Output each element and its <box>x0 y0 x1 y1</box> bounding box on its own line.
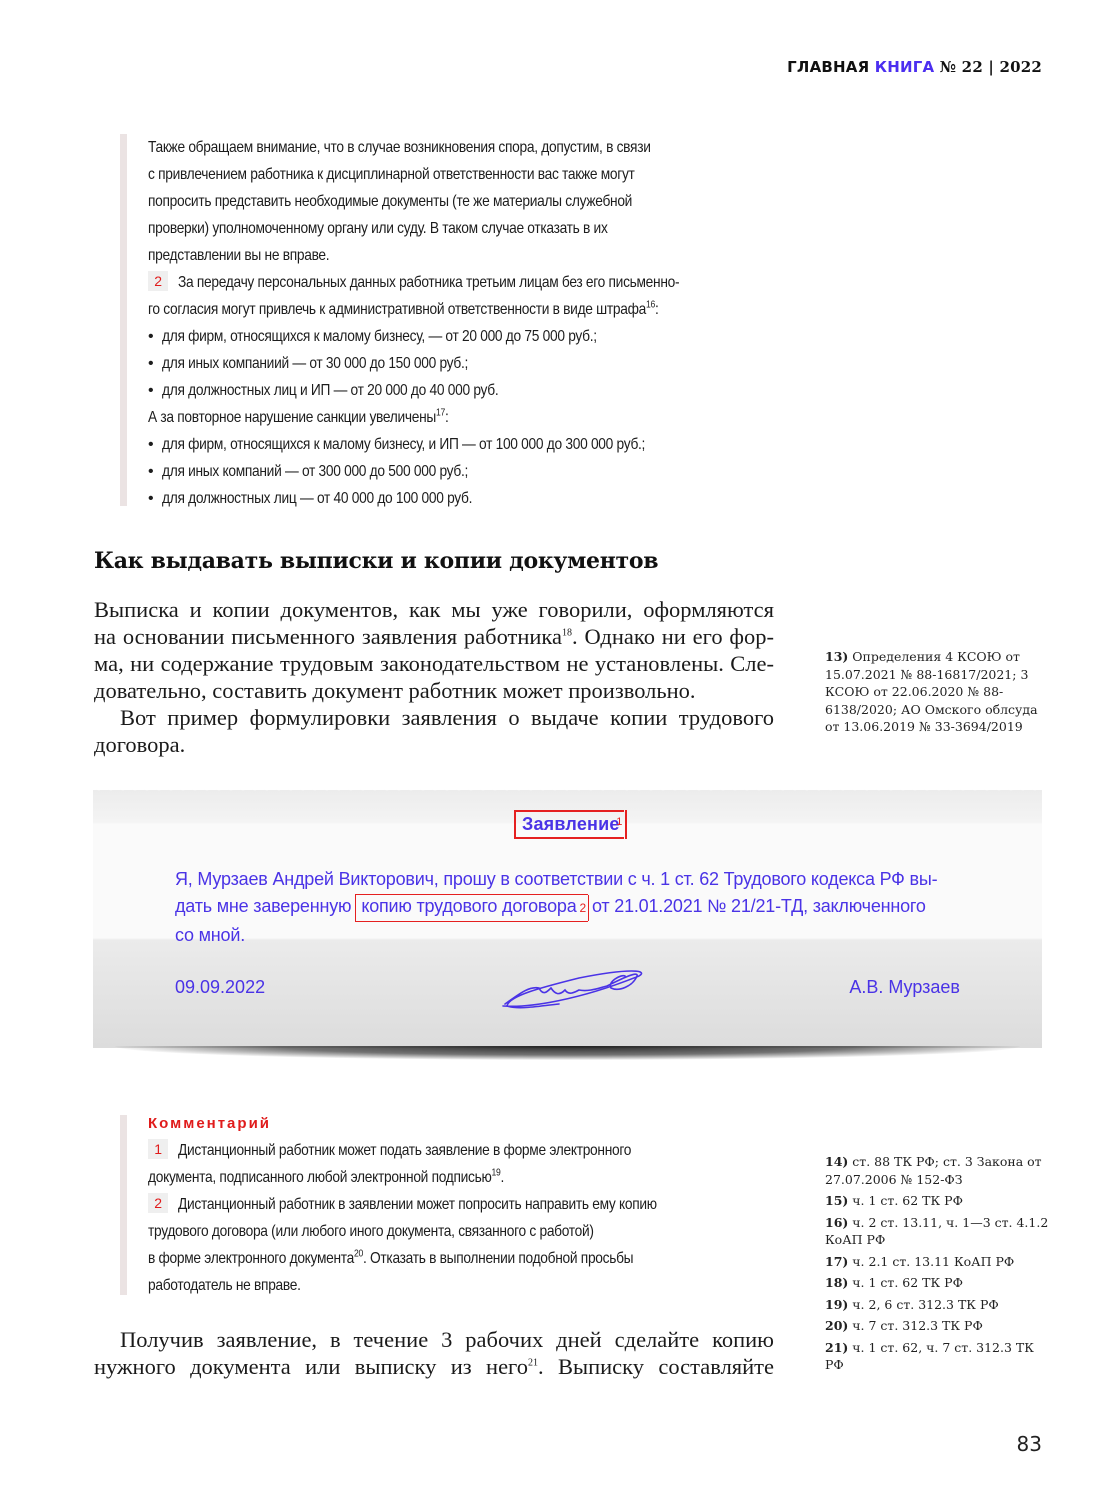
footnote-ref[interactable]: 20 <box>354 1249 363 1260</box>
page-number: 83 <box>1017 1432 1042 1456</box>
footnotes-top: 13) Определения 4 КСОЮ от 15.07.2021 № 8… <box>825 648 1055 740</box>
form-shadow <box>115 1046 1020 1060</box>
number-badge: 1 <box>148 1139 168 1159</box>
footnote: 13) Определения 4 КСОЮ от 15.07.2021 № 8… <box>825 648 1055 736</box>
note-line: попросить представить необходимые докуме… <box>148 188 780 215</box>
note-line: в форме электронного документа20. Отказа… <box>148 1245 780 1272</box>
text-line: ма, ни содержание трудовым законодательс… <box>94 650 774 677</box>
application-form-sample: Заявление 1 Я, Мурзаев Андрей Викторович… <box>93 790 1042 1048</box>
footnote: 18) ч. 1 ст. 62 ТК РФ <box>825 1274 1055 1292</box>
footnote-ref[interactable]: 21 <box>528 1358 538 1369</box>
number-badge: 2 <box>148 1193 168 1213</box>
section-heading: Как выдавать выписки и копии документов <box>94 548 658 574</box>
comment-title: Комментарий <box>148 1115 780 1133</box>
footnote: 16) ч. 2 ст. 13.11, ч. 1—3 ст. 4.1.2 КоА… <box>825 1214 1055 1249</box>
annotation-mark: 2 <box>580 895 589 921</box>
comment-item-1: 1Дистанционный работник может подать зая… <box>148 1137 780 1164</box>
list-item: для должностных лиц — от 40 000 до 100 0… <box>148 485 780 512</box>
annotation-mark: 1 <box>621 810 627 839</box>
footnote-ref[interactable]: 16 <box>646 300 655 311</box>
footnote-ref[interactable]: 17 <box>436 408 445 419</box>
comment-block: Комментарий 1Дистанционный работник може… <box>120 1115 780 1295</box>
text-line: довательно, составить документ работник … <box>94 677 774 704</box>
comment-item-2: 2Дистанционный работник в заявлении може… <box>148 1191 780 1218</box>
footnote-ref[interactable]: 19 <box>492 1168 501 1179</box>
footnote: 15) ч. 1 ст. 62 ТК РФ <box>825 1192 1055 1210</box>
list-item: для должностных лиц и ИП — от 20 000 до … <box>148 377 780 404</box>
number-badge: 2 <box>148 271 168 291</box>
note-line: работодатель не вправе. <box>148 1272 780 1299</box>
note-line: документа, подписанного любой электронно… <box>148 1164 780 1191</box>
annotated-phrase: копию трудового договора2 <box>355 894 588 922</box>
note-line: представлении вы не вправе. <box>148 242 780 269</box>
note-line: го согласия могут привлечь к администрат… <box>148 296 780 323</box>
list-item: для фирм, относящихся к малому бизнесу, … <box>148 323 780 350</box>
list-item: для иных компаниий — от 30 000 до 150 00… <box>148 350 780 377</box>
form-title: Заявление 1 <box>514 810 624 839</box>
note-line: трудового договора (или любого иного док… <box>148 1218 780 1245</box>
note-line: Также обращаем внимание, что в случае во… <box>148 134 780 161</box>
form-line: со мной. <box>175 922 975 949</box>
footnote: 20) ч. 7 ст. 312.3 ТК РФ <box>825 1317 1055 1335</box>
text-line: нужного документа или выписку из него21.… <box>94 1353 774 1380</box>
note-line: проверки) уполномоченному органу или суд… <box>148 215 780 242</box>
footnotes-bottom: 14) ст. 88 ТК РФ; ст. 3 Закона от 27.07.… <box>825 1153 1055 1378</box>
footnote: 17) ч. 2.1 ст. 13.11 КоАП РФ <box>825 1253 1055 1271</box>
footnote: 21) ч. 1 ст. 62, ч. 7 ст. 312.3 ТК РФ <box>825 1339 1055 1374</box>
note-line: с привлечением работника к дисциплинарно… <box>148 161 780 188</box>
text-line: на основании письменного заявления работ… <box>94 623 774 650</box>
form-line: дать мне завереннуюкопию трудового догов… <box>175 893 975 922</box>
masthead: ГЛАВНАЯ КНИГА № 22 | 2022 <box>787 58 1042 76</box>
brand-name: ГЛАВНАЯ <box>787 58 869 76</box>
signature-icon <box>499 966 649 1012</box>
footnote-ref[interactable]: 18 <box>562 628 572 639</box>
text-line: Получив заявление, в течение 3 рабочих д… <box>94 1326 774 1353</box>
text-line: договора. <box>94 731 774 758</box>
footnote: 19) ч. 2, 6 ст. 312.3 ТК РФ <box>825 1296 1055 1314</box>
list-item: для фирм, относящихся к малому бизнесу, … <box>148 431 780 458</box>
footnote: 14) ст. 88 ТК РФ; ст. 3 Закона от 27.07.… <box>825 1153 1055 1188</box>
form-signer: А.В. Мурзаев <box>849 977 960 998</box>
form-date: 09.09.2022 <box>175 977 265 998</box>
note-line: А за повторное нарушение санкции увеличе… <box>148 404 780 431</box>
text-line: Вот пример формулировки заявления о выда… <box>94 704 774 731</box>
body-text: Получив заявление, в течение 3 рабочих д… <box>94 1326 774 1380</box>
issue-number: № 22 | 2022 <box>940 58 1042 76</box>
text-line: Выписка и копии документов, как мы уже г… <box>94 596 774 623</box>
brand-name-accent: КНИГА <box>875 58 935 76</box>
form-line: Я, Мурзаев Андрей Викторович, прошу в со… <box>175 866 975 893</box>
form-body: Я, Мурзаев Андрей Викторович, прошу в со… <box>175 866 975 949</box>
body-text: Выписка и копии документов, как мы уже г… <box>94 596 774 758</box>
note-item-2: 2За передачу персональных данных работни… <box>148 269 780 296</box>
list-item: для иных компаний — от 300 000 до 500 00… <box>148 458 780 485</box>
sidebar-note: Также обращаем внимание, что в случае во… <box>120 134 780 506</box>
